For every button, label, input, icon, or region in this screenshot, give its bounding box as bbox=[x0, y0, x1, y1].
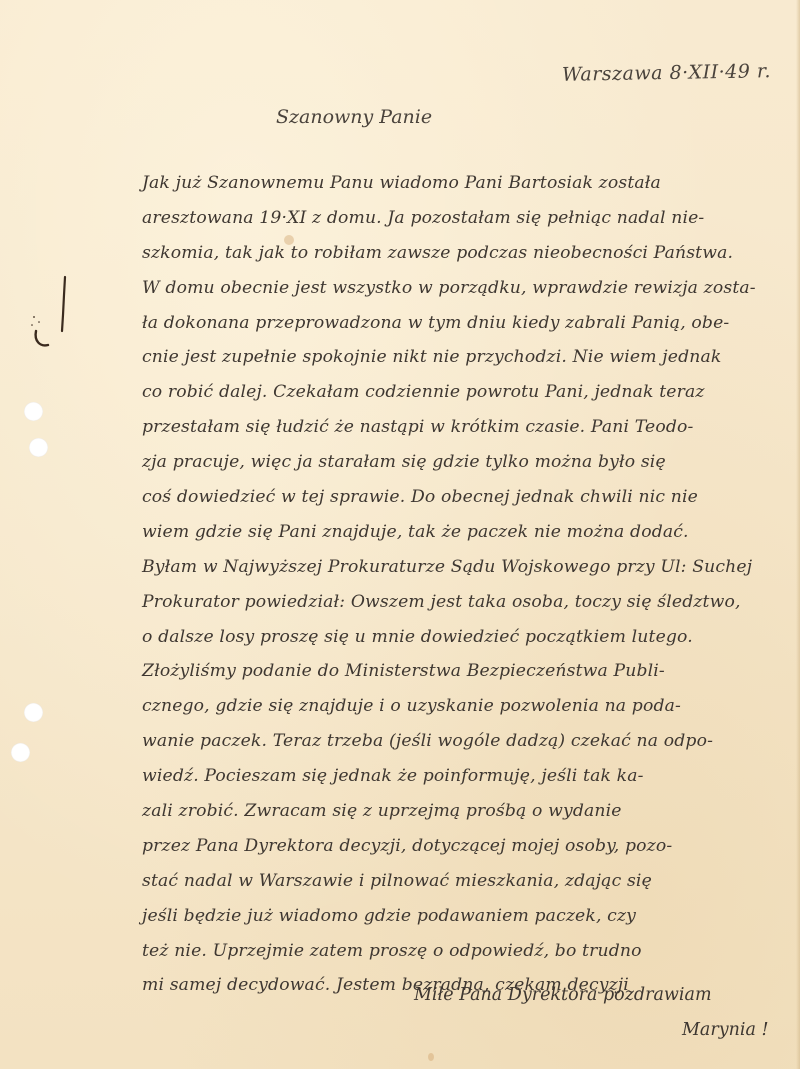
punch-hole bbox=[29, 438, 48, 457]
body-line: Byłam w Najwyższej Prokuraturze Sądu Woj… bbox=[142, 550, 792, 585]
body-line: o dalsze losy proszę się u mnie dowiedzi… bbox=[142, 620, 792, 655]
letter-page: Warszawa 8·XII·49 r. Szanowny Panie Jak … bbox=[0, 0, 800, 1069]
punch-hole bbox=[24, 402, 43, 421]
body-line: wanie paczek. Teraz trzeba (jeśli wogóle… bbox=[142, 724, 792, 759]
body-line: szkomia, tak jak to robiłam zawsze podcz… bbox=[142, 236, 792, 271]
paper-stain bbox=[428, 1053, 434, 1061]
body-line: cznego, gdzie się znajduje i o uzyskanie… bbox=[142, 689, 792, 724]
punch-hole bbox=[11, 743, 30, 762]
body-line: ła dokonana przeprowadzona w tym dniu ki… bbox=[142, 306, 792, 341]
letter-date: Warszawa 8·XII·49 r. bbox=[562, 60, 771, 86]
body-line: przez Pana Dyrektora decyzji, dotyczącej… bbox=[142, 829, 792, 864]
margin-ink-mark-icon bbox=[30, 275, 70, 355]
punch-hole bbox=[24, 703, 43, 722]
body-line: Jak już Szanownemu Panu wiadomo Pani Bar… bbox=[142, 166, 792, 201]
body-line: wiedź. Pocieszam się jednak że poinformu… bbox=[142, 759, 792, 794]
body-line: cnie jest zupełnie spokojnie nikt nie pr… bbox=[142, 340, 792, 375]
body-line: Złożyliśmy podanie do Ministerstwa Bezpi… bbox=[142, 654, 792, 689]
body-line: wiem gdzie się Pani znajduje, tak że pac… bbox=[142, 515, 792, 550]
letter-body: Jak już Szanownemu Panu wiadomo Pani Bar… bbox=[142, 166, 792, 1003]
letter-salutation: Szanowny Panie bbox=[276, 106, 432, 128]
body-line: Prokurator powiedział: Owszem jest taka … bbox=[142, 585, 792, 620]
paper-edge-shadow bbox=[796, 0, 800, 1069]
body-line: zja pracuje, więc ja starałam się gdzie … bbox=[142, 445, 792, 480]
body-line: coś dowiedzieć w tej sprawie. Do obecnej… bbox=[142, 480, 792, 515]
body-line: przestałam się łudzić że nastąpi w krótk… bbox=[142, 410, 792, 445]
body-line: aresztowana 19·XI z domu. Ja pozostałam … bbox=[142, 201, 792, 236]
letter-signature: Marynia ! bbox=[682, 1020, 769, 1040]
letter-closing: Miłe Pana Dyrektora pozdrawiam bbox=[414, 985, 712, 1005]
body-line: stać nadal w Warszawie i pilnować mieszk… bbox=[142, 864, 792, 899]
body-line: zali zrobić. Zwracam się z uprzejmą proś… bbox=[142, 794, 792, 829]
body-line: co robić dalej. Czekałam codziennie powr… bbox=[142, 375, 792, 410]
body-line: jeśli będzie już wiadomo gdzie podawanie… bbox=[142, 899, 792, 934]
body-line: też nie. Uprzejmie zatem proszę o odpowi… bbox=[142, 934, 792, 969]
body-line: W domu obecnie jest wszystko w porządku,… bbox=[142, 271, 792, 306]
